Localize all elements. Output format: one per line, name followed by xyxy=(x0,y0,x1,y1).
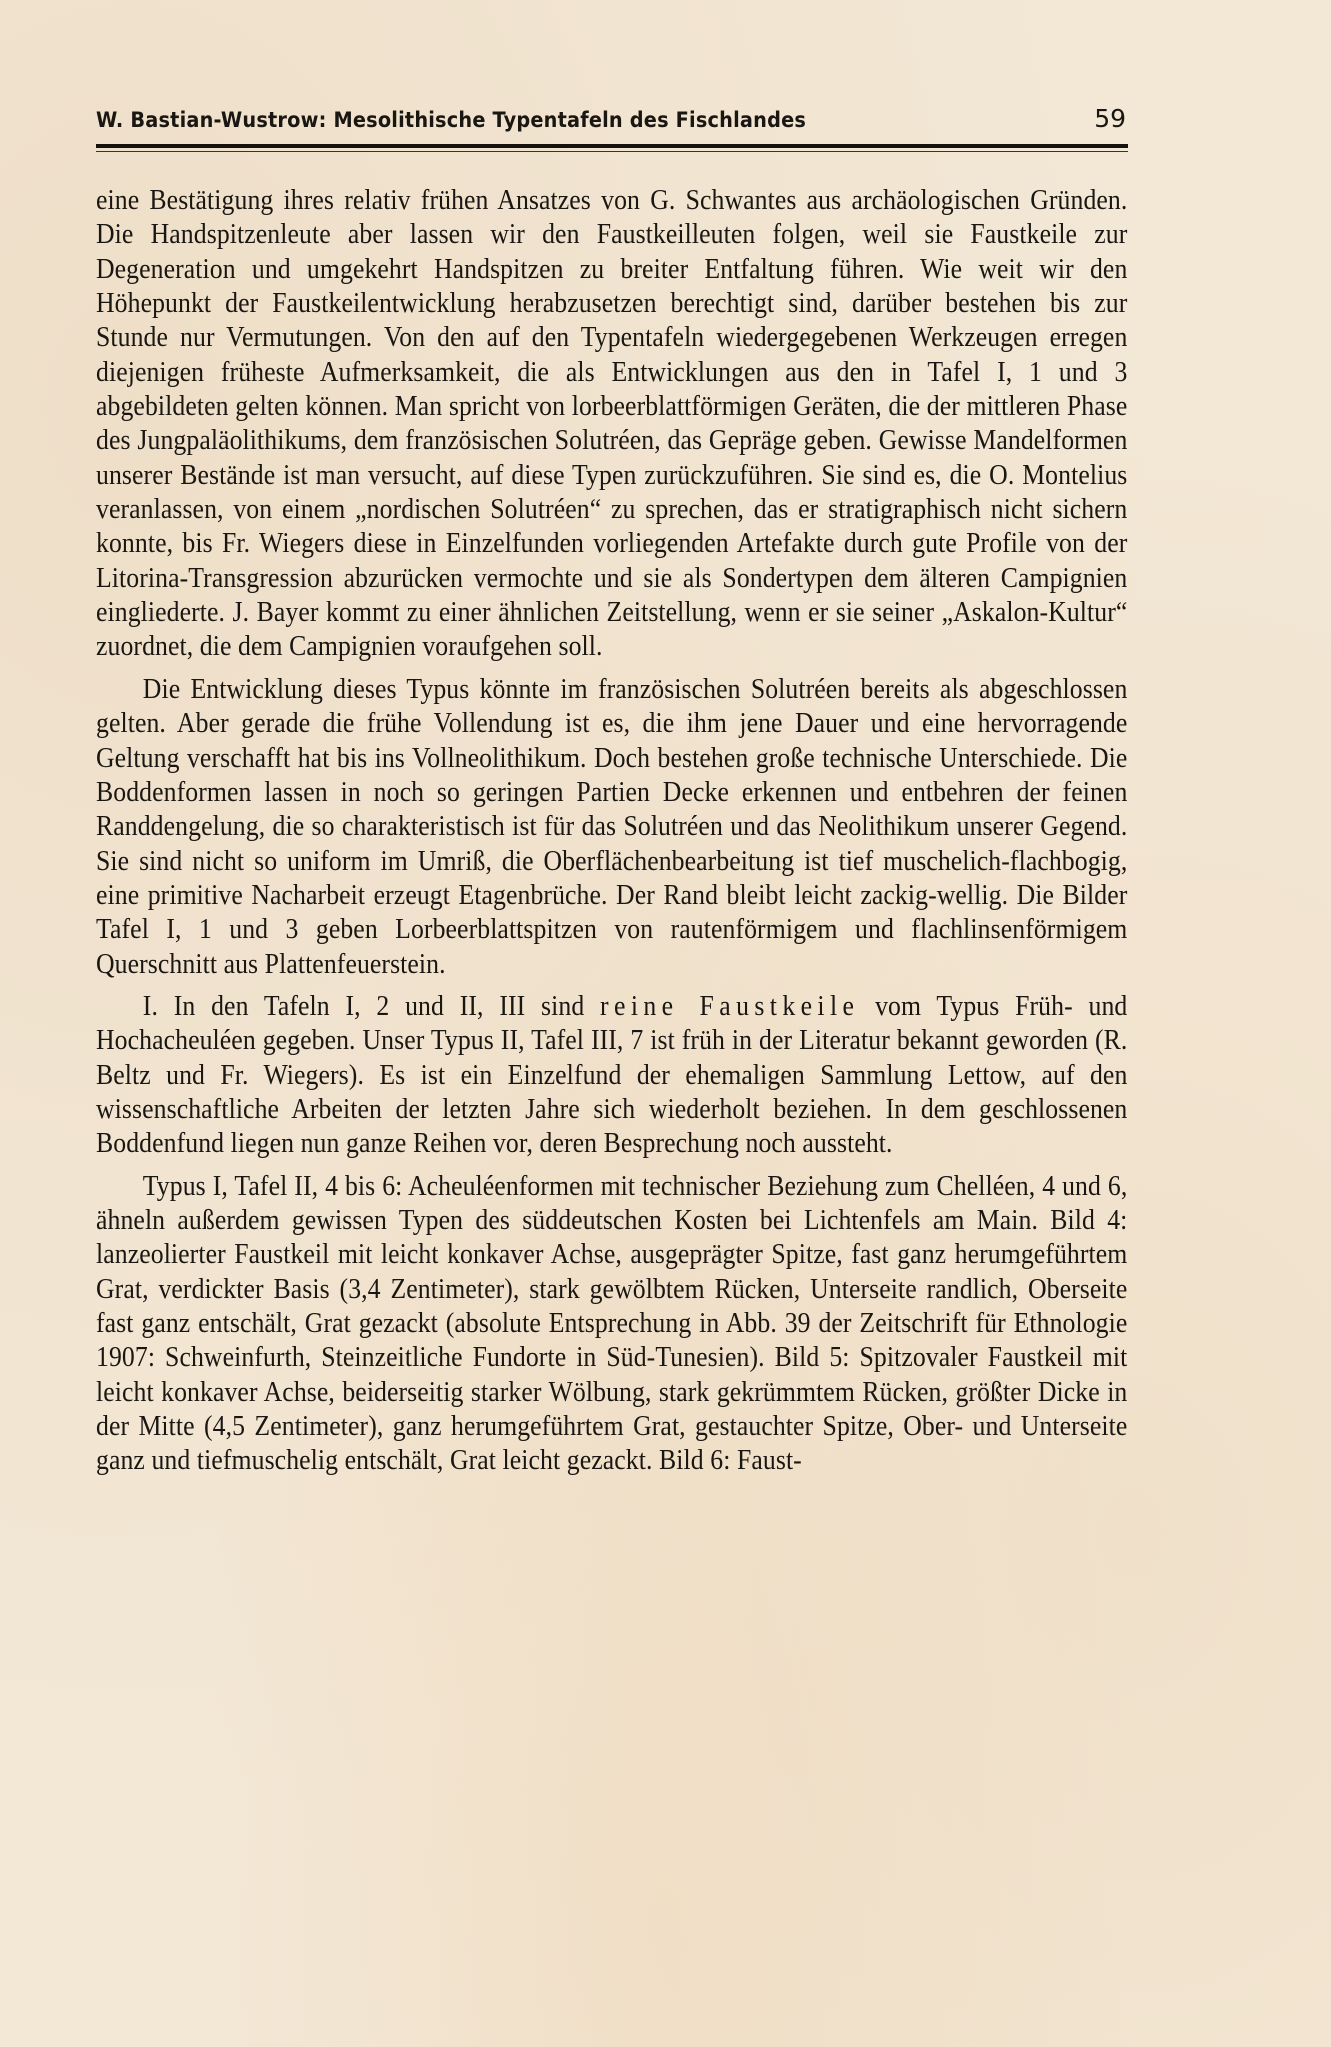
header-rule-thick xyxy=(96,144,1128,148)
emphasized-term: reine Faustkeile xyxy=(600,991,859,1022)
paragraph-1: eine Bestätigung ihres relativ frühen An… xyxy=(96,184,1127,665)
paragraph-2: Die Entwicklung dieses Typus könnte im f… xyxy=(96,673,1127,982)
paragraph-3-lead: I. In den Tafeln I, 2 und II, III sind xyxy=(143,991,600,1022)
page-number: 59 xyxy=(1094,104,1128,133)
body-text: eine Bestätigung ihres relativ frühen An… xyxy=(96,184,1127,1479)
header-rule-thin xyxy=(96,151,1128,152)
running-header: W. Bastian-Wustrow: Mesolithische Typent… xyxy=(96,104,1128,142)
running-title: W. Bastian-Wustrow: Mesolithische Typent… xyxy=(96,108,806,132)
paragraph-3: I. In den Tafeln I, 2 und II, III sind r… xyxy=(96,990,1127,1162)
paragraph-4: Typus I, Tafel II, 4 bis 6: Acheuléenfor… xyxy=(96,1170,1127,1479)
document-page: W. Bastian-Wustrow: Mesolithische Typent… xyxy=(96,104,1128,1479)
